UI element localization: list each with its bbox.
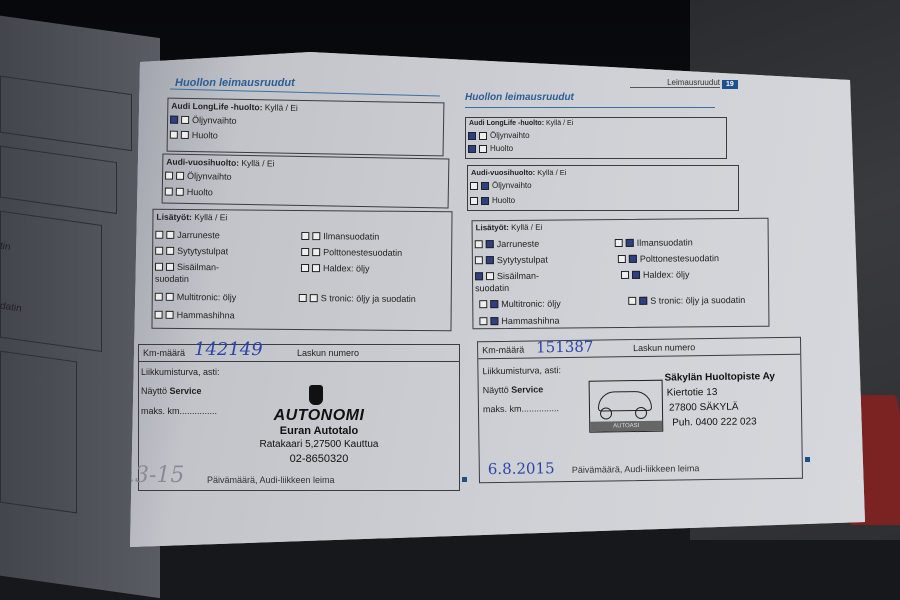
no-checkbox[interactable] — [166, 263, 174, 271]
yes-checkbox[interactable] — [155, 247, 163, 255]
display-service-label: Näyttö Service — [141, 386, 202, 396]
right-heading: Huollon leimausruudut — [465, 92, 574, 103]
yes-checkbox[interactable] — [301, 264, 309, 272]
checkbox-row: Polttonestesuodatin — [618, 253, 719, 264]
yes-checkbox[interactable] — [475, 240, 483, 248]
page-number: 19 — [722, 80, 738, 89]
left-extras-section: Lisätyöt: Kyllä / Ei Jarruneste Ilmansuo… — [151, 209, 452, 332]
yes-checkbox[interactable] — [165, 172, 173, 180]
no-checkbox[interactable] — [481, 182, 489, 190]
service-book-page: Leimausruudut 19 Huollon leimausruudut A… — [130, 52, 865, 547]
heading-rule — [170, 88, 440, 96]
checkbox-row: Jarruneste — [155, 230, 220, 241]
checkbox-row: Hammashihna — [479, 316, 559, 327]
max-km-label: maks. km............... — [483, 403, 559, 414]
fragment-text: tin — [0, 241, 11, 253]
invoice-label: Laskun numero — [297, 348, 359, 358]
date-handwritten: 6.8.2015 — [488, 459, 555, 478]
yes-checkbox[interactable] — [299, 294, 307, 302]
form-box — [0, 76, 132, 152]
marker-square — [805, 457, 810, 462]
yes-checkbox[interactable] — [170, 116, 178, 124]
yes-checkbox[interactable] — [155, 231, 163, 239]
km-label: Km-määrä — [143, 348, 185, 358]
checkbox-row: Öljynvaihto — [170, 115, 237, 126]
yes-checkbox[interactable] — [468, 132, 476, 140]
label-continuation: suodatin — [155, 274, 189, 284]
heading-rule — [465, 107, 715, 108]
no-checkbox[interactable] — [181, 116, 189, 124]
left-stamp-box: Km-määrä 142149 Laskun numero Liikkumist… — [138, 344, 460, 491]
date-stamp-label: Päivämäärä, Audi-liikkeen leima — [572, 463, 700, 475]
yes-checkbox[interactable] — [615, 239, 623, 247]
no-checkbox[interactable] — [632, 271, 640, 279]
right-annual-section: Audi-vuosihuolto: Kyllä / Ei Öljynvaihto… — [467, 165, 739, 211]
checkbox-row: Öljynvaihto — [470, 181, 532, 190]
no-checkbox[interactable] — [166, 231, 174, 239]
no-checkbox[interactable] — [626, 239, 634, 247]
km-value-handwritten: 142149 — [194, 339, 263, 360]
yes-checkbox[interactable] — [475, 256, 483, 264]
running-title: Leimausruudut — [630, 78, 720, 88]
no-checkbox[interactable] — [479, 132, 487, 140]
checkbox-row: Sytytystulpat — [475, 255, 548, 266]
no-checkbox[interactable] — [310, 294, 318, 302]
checkbox-row: Huolto — [468, 144, 513, 153]
section-title: Lisätyöt: Kyllä / Ei — [476, 223, 543, 233]
checkbox-row: Hammashihna — [155, 310, 235, 321]
stamp-address: Ratakaari 5,27500 Kauttua — [229, 439, 409, 450]
yes-checkbox[interactable] — [479, 300, 487, 308]
yes-checkbox[interactable] — [301, 232, 309, 240]
checkbox-row: Öljynvaihto — [165, 171, 232, 182]
checkbox-row: Huolto — [470, 196, 515, 205]
left-heading: Huollon leimausruudut — [175, 77, 295, 89]
max-km-label: maks. km............... — [141, 406, 217, 416]
checkbox-row: Ilmansuodatin — [615, 237, 693, 248]
car-logo-icon: AUTOASI — [589, 380, 664, 433]
checkbox-row: Ilmansuodatin — [301, 231, 379, 242]
checkbox-row: Haldex: öljy — [621, 269, 690, 280]
yes-checkbox[interactable] — [468, 145, 476, 153]
left-longlife-section: Audi LongLife -huolto: Kyllä / Ei Öljynv… — [167, 98, 445, 157]
marker-square — [462, 477, 467, 482]
checkbox-row: Polttonestesuodatin — [301, 247, 402, 258]
left-annual-section: Audi-vuosihuolto: Kyllä / Ei Öljynvaihto… — [162, 153, 450, 208]
yes-checkbox[interactable] — [479, 317, 487, 325]
label-continuation: suodatin — [475, 283, 509, 293]
yes-checkbox[interactable] — [170, 131, 178, 139]
no-checkbox[interactable] — [166, 311, 174, 319]
mobility-label: Liikkumisturva, asti: — [482, 365, 561, 376]
right-extras-section: Lisätyöt: Kyllä / Ei Jarruneste Ilmansuo… — [472, 218, 770, 330]
no-checkbox[interactable] — [629, 255, 637, 263]
checkbox-row: Sisäilman- — [475, 271, 539, 282]
stamp-brand: AUTONOMI — [229, 407, 409, 425]
display-service-label: Näyttö Service — [483, 384, 544, 395]
checkbox-row: Multitronic: öljy — [479, 299, 561, 310]
form-box — [0, 146, 117, 214]
stamp-phone: Puh. 0400 222 023 — [672, 416, 757, 428]
yes-checkbox[interactable] — [155, 311, 163, 319]
yes-checkbox[interactable] — [301, 248, 309, 256]
yes-checkbox[interactable] — [470, 197, 478, 205]
checkbox-row: Multitronic: öljy — [155, 292, 237, 303]
yes-checkbox[interactable] — [155, 263, 163, 271]
stamp-street: Kiertotie 13 — [667, 387, 718, 399]
yes-checkbox[interactable] — [165, 188, 173, 196]
no-checkbox[interactable] — [312, 264, 320, 272]
stamp-name: Säkylän Huoltopiste Ay — [664, 371, 775, 384]
checkbox-row: Öljynvaihto — [468, 131, 530, 140]
yes-checkbox[interactable] — [470, 182, 478, 190]
no-checkbox[interactable] — [486, 240, 494, 248]
no-checkbox[interactable] — [312, 232, 320, 240]
no-checkbox[interactable] — [490, 317, 498, 325]
no-checkbox[interactable] — [176, 188, 184, 196]
stamp-city: 27800 SÄKYLÄ — [669, 402, 739, 414]
yes-checkbox[interactable] — [628, 297, 636, 305]
form-box — [0, 351, 77, 514]
right-longlife-section: Audi LongLife -huolto: Kyllä / Ei Öljynv… — [465, 117, 727, 159]
no-checkbox[interactable] — [486, 272, 494, 280]
invoice-label: Laskun numero — [633, 342, 695, 353]
yes-checkbox[interactable] — [618, 255, 626, 263]
section-title: Audi LongLife -huolto: Kyllä / Ei — [469, 120, 573, 127]
form-box — [0, 211, 102, 352]
km-value-handwritten: 151387 — [536, 338, 594, 357]
wrench-logo-icon — [309, 385, 323, 405]
no-checkbox[interactable] — [166, 293, 174, 301]
checkbox-row: S tronic: öljy ja suodatin — [299, 293, 416, 304]
no-checkbox[interactable] — [479, 145, 487, 153]
section-title: Audi-vuosihuolto: Kyllä / Ei — [471, 168, 566, 177]
checkbox-row: S tronic: öljy ja suodatin — [628, 295, 745, 306]
no-checkbox[interactable] — [639, 297, 647, 305]
yes-checkbox[interactable] — [475, 272, 483, 280]
checkbox-row: Huolto — [165, 187, 213, 198]
checkbox-row: Jarruneste — [475, 239, 540, 250]
km-label: Km-määrä — [482, 345, 524, 356]
checkbox-row: Haldex: öljy — [301, 263, 370, 274]
no-checkbox[interactable] — [490, 300, 498, 308]
no-checkbox[interactable] — [176, 172, 184, 180]
yes-checkbox[interactable] — [155, 293, 163, 301]
no-checkbox[interactable] — [481, 197, 489, 205]
logo-text: AUTOASI — [590, 421, 662, 432]
mobility-label: Liikkumisturva, asti: — [141, 367, 220, 377]
no-checkbox[interactable] — [312, 248, 320, 256]
no-checkbox[interactable] — [181, 131, 189, 139]
yes-checkbox[interactable] — [621, 271, 629, 279]
no-checkbox[interactable] — [486, 256, 494, 264]
stamp-phone: 02-8650320 — [229, 453, 409, 465]
checkbox-row: Huolto — [170, 130, 218, 141]
checkbox-row: Sytytystulpat — [155, 246, 228, 257]
section-title: Audi LongLife -huolto: Kyllä / Ei — [171, 101, 298, 113]
date-stamp-label: Päivämäärä, Audi-liikkeen leima — [207, 475, 335, 485]
right-stamp-box: Km-määrä 151387 Laskun numero Liikkumist… — [477, 337, 803, 484]
stamp-name: Euran Autotalo — [229, 425, 409, 437]
no-checkbox[interactable] — [166, 247, 174, 255]
checkbox-row: Sisäilman- — [155, 262, 219, 273]
section-title: Lisätyöt: Kyllä / Ei — [156, 212, 227, 223]
section-title: Audi-vuosihuolto: Kyllä / Ei — [166, 157, 274, 169]
